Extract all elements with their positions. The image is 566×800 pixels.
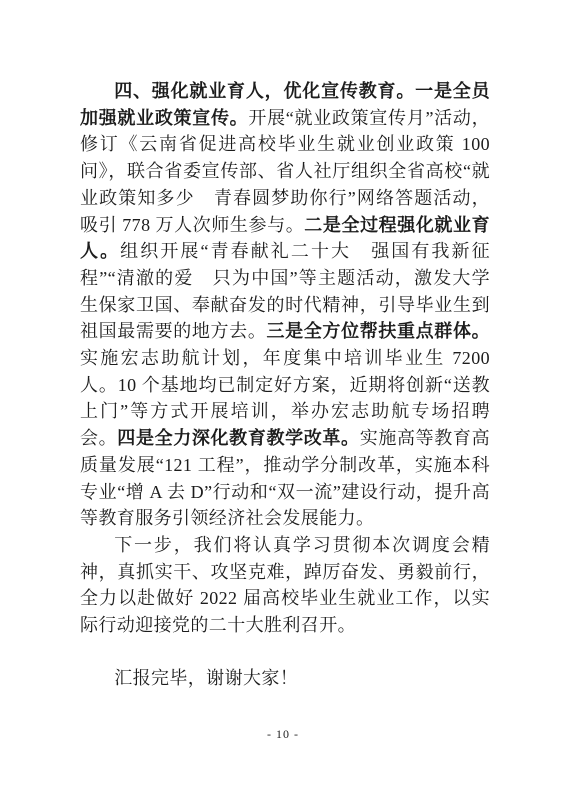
bold-text-run: 四、强化就业育人，优化宣传教育。: [114, 81, 415, 101]
page-number: - 10 -: [0, 727, 566, 742]
document-page: 四、强化就业育人，优化宣传教育。一是全员加强就业政策宣传。开展“就业政策宣传月”…: [0, 0, 566, 800]
document-body: 四、强化就业育人，优化宣传教育。一是全员加强就业政策宣传。开展“就业政策宣传月”…: [80, 78, 490, 692]
blank-line: [80, 639, 490, 666]
text-run: 下一步，我们将认真学习贯彻本次调度会精神，真抓实干、攻坚克难，踔厉奋发、勇毅前行…: [80, 535, 490, 635]
paragraph: 汇报完毕，谢谢大家！: [80, 665, 490, 692]
bold-text-run: 四是全力深化教育教学改革。: [117, 428, 359, 448]
bold-text-run: 三是全方位帮扶重点群体。: [266, 321, 490, 341]
paragraph: 下一步，我们将认真学习贯彻本次调度会精神，真抓实干、攻坚克难，踔厉奋发、勇毅前行…: [80, 532, 490, 639]
paragraph: 四、强化就业育人，优化宣传教育。一是全员加强就业政策宣传。开展“就业政策宣传月”…: [80, 78, 490, 532]
text-run: 汇报完毕，谢谢大家！: [114, 668, 298, 688]
